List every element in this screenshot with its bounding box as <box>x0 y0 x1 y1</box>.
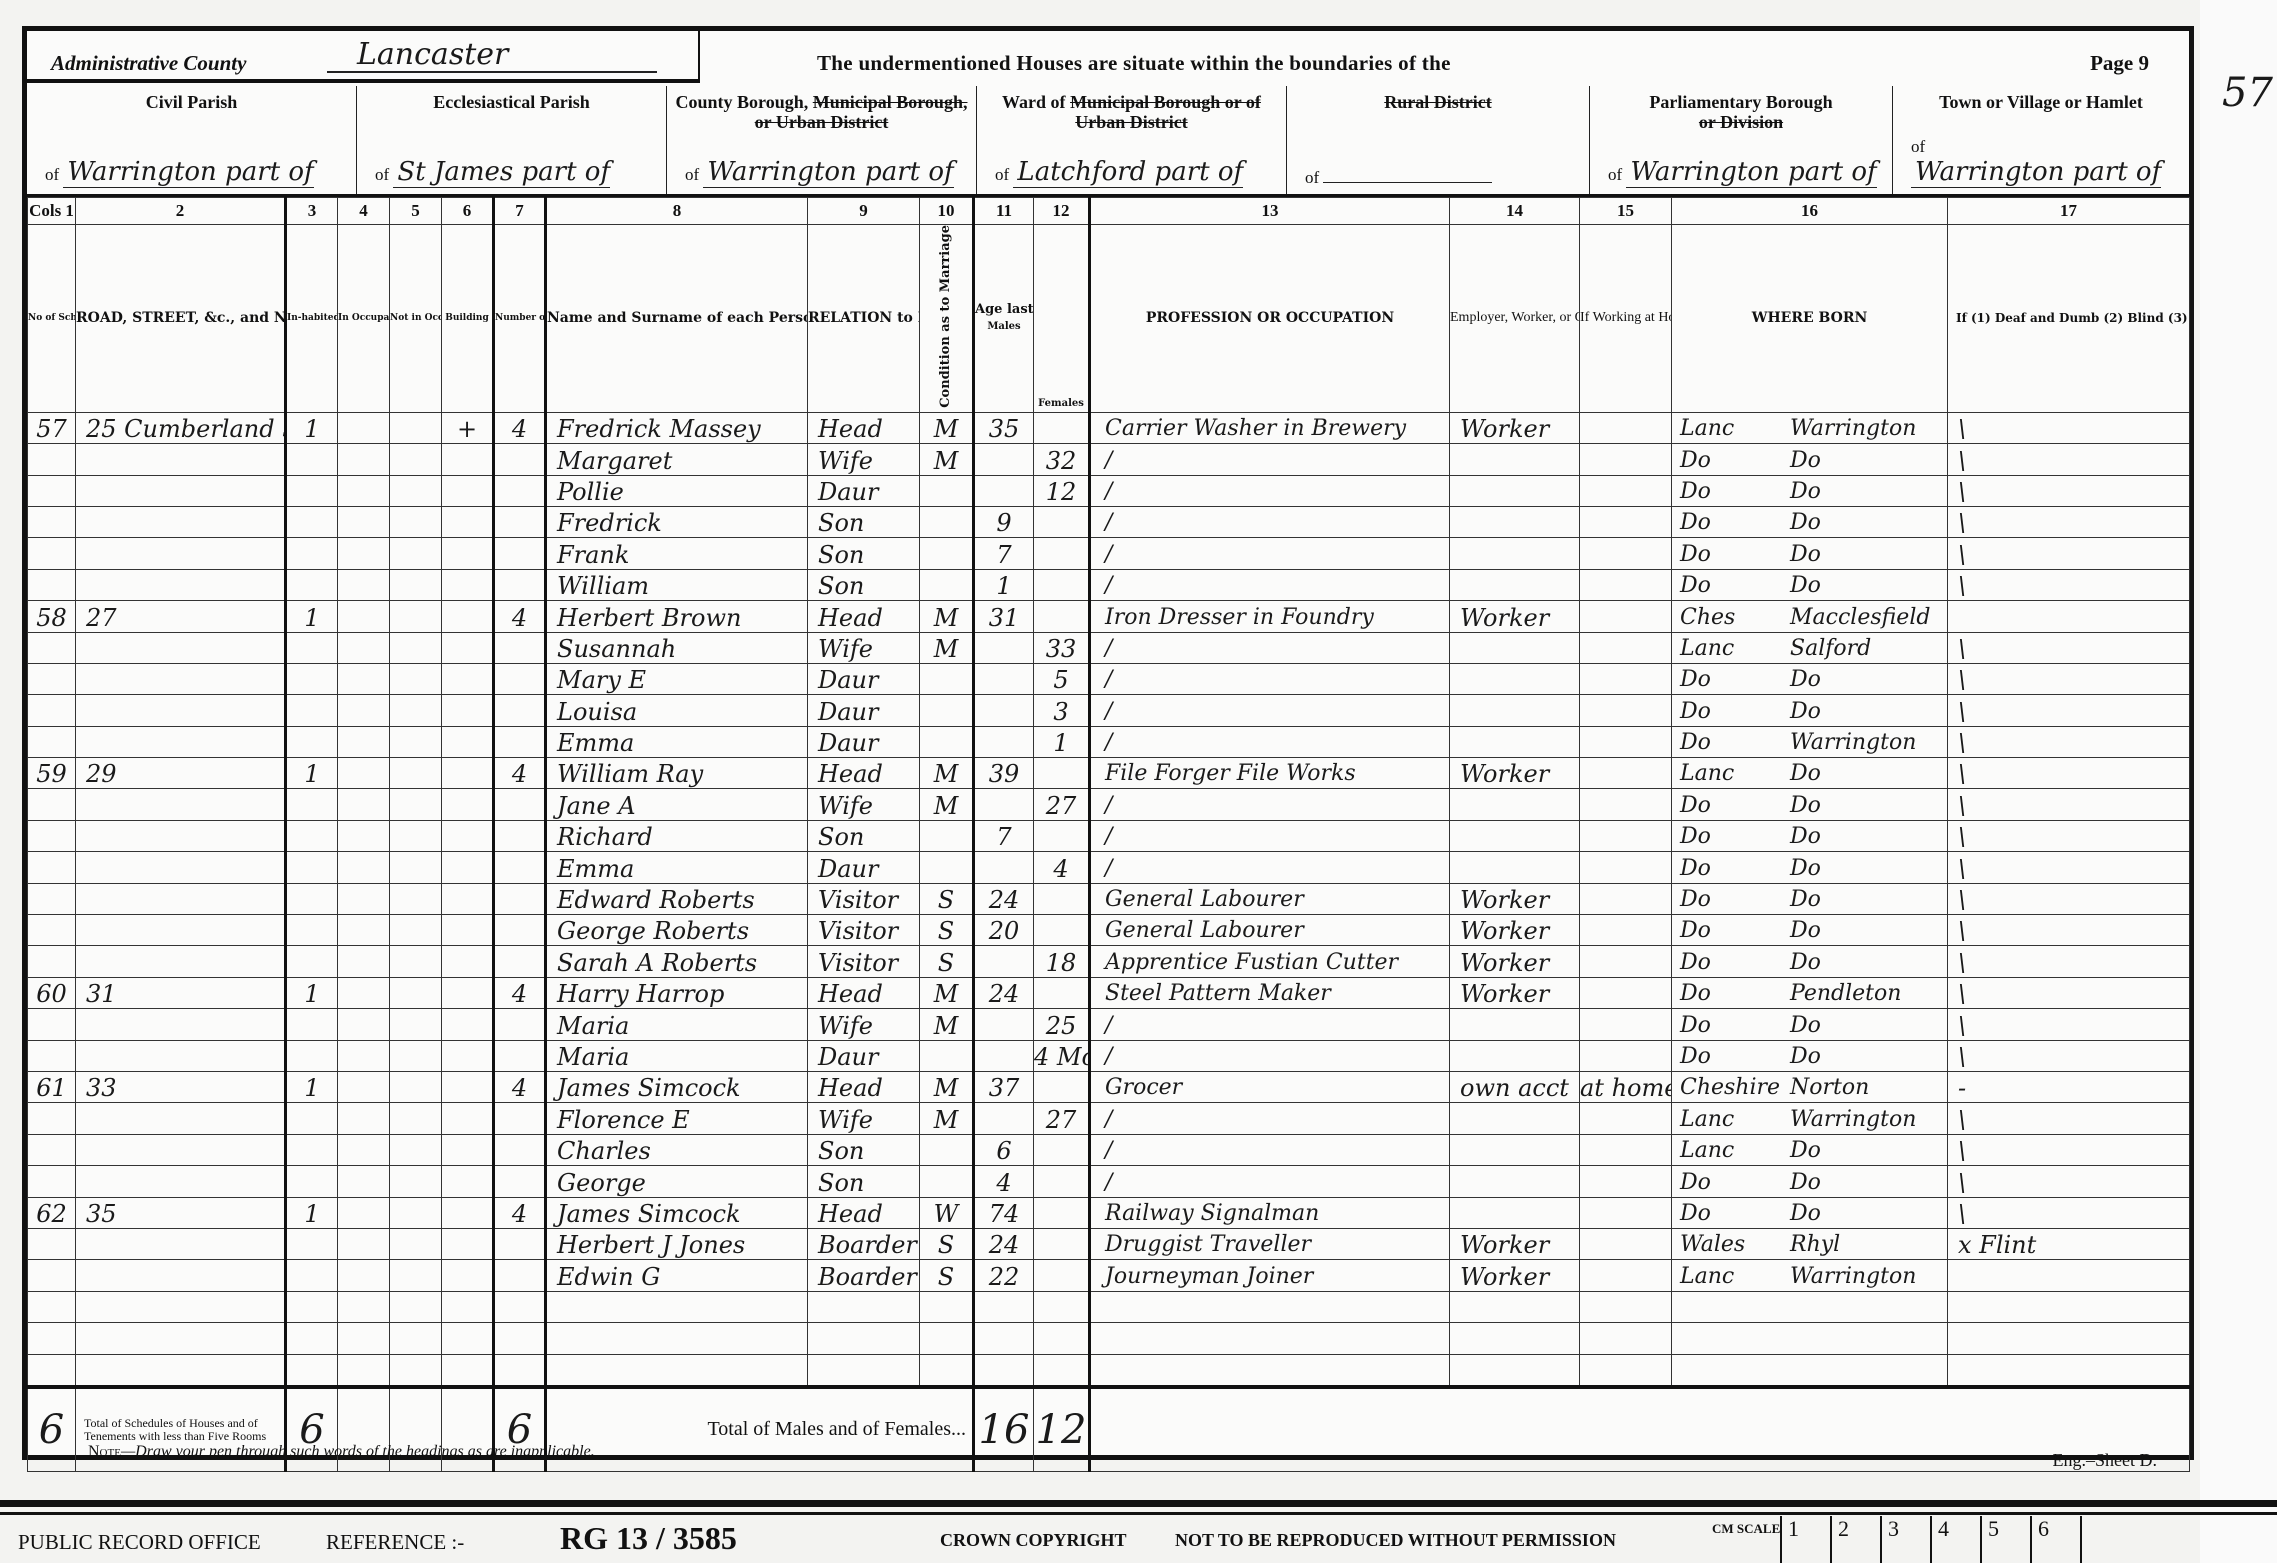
occupation <box>1090 1354 1450 1387</box>
female-age <box>1034 538 1090 569</box>
person-name: George <box>546 1166 808 1197</box>
birthplace: DoDo <box>1672 475 1948 506</box>
birth-county: Ches <box>1680 604 1790 632</box>
infirmity: \ <box>1948 915 2190 946</box>
schedule-number <box>28 695 76 726</box>
road-address <box>76 1134 286 1165</box>
birth-county: Do <box>1680 886 1790 914</box>
building-mark <box>442 601 494 632</box>
occupation: / <box>1090 726 1450 757</box>
building-mark <box>442 569 494 600</box>
birth-place: Do <box>1790 479 1821 504</box>
schedule-number <box>28 1228 76 1259</box>
working-at-home <box>1580 1260 1672 1291</box>
area-title-struck: or Division <box>1699 112 1783 132</box>
rooms-count <box>494 695 546 726</box>
birth-county: Do <box>1680 478 1790 506</box>
schedule-number <box>28 883 76 914</box>
building-mark <box>442 1260 494 1291</box>
road-address <box>76 695 286 726</box>
road-address <box>76 569 286 600</box>
occupation: / <box>1090 1040 1450 1071</box>
scale-mark: 5 <box>1980 1516 2030 1563</box>
building-mark <box>442 852 494 883</box>
col-num: 11 <box>974 198 1034 225</box>
birthplace: DoDo <box>1672 915 1948 946</box>
building-mark <box>442 915 494 946</box>
road-address <box>76 883 286 914</box>
working-at-home <box>1580 1040 1672 1071</box>
road-address <box>76 475 286 506</box>
cm-scale: 1 2 3 4 5 6 <box>1780 1516 2190 1563</box>
col-num: 8 <box>546 198 808 225</box>
birthplace: LancDo <box>1672 1134 1948 1165</box>
person-name: William Ray <box>546 758 808 789</box>
employment-status <box>1450 820 1580 851</box>
table-row: 623514James SimcockHeadW74Railway Signal… <box>28 1197 2190 1228</box>
building-mark <box>442 538 494 569</box>
male-age: 24 <box>974 977 1034 1008</box>
road-address: 31 <box>76 977 286 1008</box>
in-occupation <box>338 695 390 726</box>
birth-place: Do <box>1790 887 1821 912</box>
header-at-home: If Working at Home <box>1580 225 1672 413</box>
working-at-home <box>1580 1134 1672 1165</box>
rooms-count: 4 <box>494 601 546 632</box>
birthplace: DoDo <box>1672 1166 1948 1197</box>
birth-place: Salford <box>1790 636 1871 661</box>
not-in-occupation <box>390 1354 442 1387</box>
in-occupation <box>338 1103 390 1134</box>
header-schedule: No of Schedule <box>28 225 76 413</box>
birth-county: Do <box>1680 1043 1790 1071</box>
table-row: 5725 Cumberland St1+4Fredrick MasseyHead… <box>28 412 2190 443</box>
column-header-row: No of Schedule ROAD, STREET, &c., and No… <box>28 225 2190 413</box>
female-age: 33 <box>1034 632 1090 663</box>
relation-to-head: Head <box>808 1072 920 1103</box>
occupation: Apprentice Fustian Cutter <box>1090 946 1450 977</box>
of-label: of <box>45 165 59 184</box>
rooms-count <box>494 663 546 694</box>
infirmity <box>1948 1354 2190 1387</box>
birth-county: Do <box>1680 666 1790 694</box>
working-at-home <box>1580 820 1672 851</box>
female-age <box>1034 601 1090 632</box>
employment-status <box>1450 632 1580 663</box>
occupation: Druggist Traveller <box>1090 1228 1450 1259</box>
table-row: Florence EWifeM27/LancWarrington\ <box>28 1103 2190 1134</box>
birth-county: Do <box>1680 855 1790 883</box>
not-in-occupation <box>390 726 442 757</box>
birth-place: Do <box>1790 448 1821 473</box>
road-address <box>76 915 286 946</box>
relation-to-head: Wife <box>808 789 920 820</box>
town-value: Warrington part of <box>1911 157 2161 188</box>
in-occupation <box>338 506 390 537</box>
schedule-number <box>28 789 76 820</box>
rooms-count: 4 <box>494 1072 546 1103</box>
working-at-home <box>1580 663 1672 694</box>
inhabited-count <box>286 538 338 569</box>
person-name: Charles <box>546 1134 808 1165</box>
female-age <box>1034 915 1090 946</box>
of-label: of <box>1608 165 1622 184</box>
schedule-number <box>28 1291 76 1322</box>
employment-status: Worker <box>1450 915 1580 946</box>
not-in-occupation <box>390 758 442 789</box>
infirmity: \ <box>1948 946 2190 977</box>
male-age: 9 <box>974 506 1034 537</box>
birth-place: Rhyl <box>1790 1232 1840 1257</box>
birthplace: DoDo <box>1672 695 1948 726</box>
birth-place: Warrington <box>1790 416 1916 441</box>
table-row: 613314James SimcockHeadM37Grocerown acct… <box>28 1072 2190 1103</box>
birth-county: Do <box>1680 509 1790 537</box>
female-age <box>1034 1291 1090 1322</box>
male-age <box>974 1103 1034 1134</box>
infirmity: \ <box>1948 1166 2190 1197</box>
person-name: Frank <box>546 538 808 569</box>
reference-label: REFERENCE :- <box>326 1530 464 1555</box>
in-occupation <box>338 663 390 694</box>
occupation: Journeyman Joiner <box>1090 1260 1450 1291</box>
inhabited-count: 1 <box>286 1072 338 1103</box>
birthplace: LancSalford <box>1672 632 1948 663</box>
page-number: Page 9 <box>2090 51 2149 76</box>
building-mark <box>442 506 494 537</box>
relation-to-head: Head <box>808 412 920 443</box>
working-at-home <box>1580 695 1672 726</box>
header-in-occupation: In Occupation. <box>338 225 390 413</box>
infirmity: \ <box>1948 883 2190 914</box>
not-in-occupation <box>390 789 442 820</box>
schedule-number <box>28 538 76 569</box>
in-occupation <box>338 915 390 946</box>
parliamentary-borough-value: Warrington part of <box>1626 157 1876 188</box>
infirmity: \ <box>1948 977 2190 1008</box>
col-num: 10 <box>920 198 974 225</box>
birthplace: DoDo <box>1672 789 1948 820</box>
birth-place: Do <box>1790 1138 1821 1163</box>
relation-to-head: Boarder <box>808 1228 920 1259</box>
birthplace: LancWarrington <box>1672 1103 1948 1134</box>
schedule-number <box>28 444 76 475</box>
relation-to-head: Wife <box>808 444 920 475</box>
marital-condition: S <box>920 946 974 977</box>
building-mark <box>442 789 494 820</box>
person-name: Fredrick <box>546 506 808 537</box>
person-name: Herbert Brown <box>546 601 808 632</box>
rooms-count <box>494 883 546 914</box>
in-occupation <box>338 1072 390 1103</box>
birth-place: Do <box>1790 856 1821 881</box>
person-name: James Simcock <box>546 1197 808 1228</box>
birth-county: Do <box>1680 980 1790 1008</box>
of-label: of <box>375 165 389 184</box>
header-where-born: WHERE BORN <box>1672 225 1948 413</box>
male-age: 39 <box>974 758 1034 789</box>
female-age <box>1034 758 1090 789</box>
marital-condition: M <box>920 632 974 663</box>
person-name: Sarah A Roberts <box>546 946 808 977</box>
male-age <box>974 726 1034 757</box>
rooms-count <box>494 852 546 883</box>
inhabited-count <box>286 695 338 726</box>
relation-to-head: Daur <box>808 475 920 506</box>
working-at-home <box>1580 758 1672 789</box>
table-row: RichardSon7/DoDo\ <box>28 820 2190 851</box>
person-name: Richard <box>546 820 808 851</box>
building-mark <box>442 1009 494 1040</box>
female-age <box>1034 883 1090 914</box>
relation-to-head: Son <box>808 820 920 851</box>
male-age: 20 <box>974 915 1034 946</box>
female-age <box>1034 1072 1090 1103</box>
occupation: / <box>1090 632 1450 663</box>
scale-mark: 2 <box>1830 1516 1880 1563</box>
infirmity <box>1948 601 2190 632</box>
employment-status <box>1450 852 1580 883</box>
table-row <box>28 1354 2190 1387</box>
header-females: Females <box>1034 225 1090 413</box>
birthplace <box>1672 1291 1948 1322</box>
male-age <box>974 663 1034 694</box>
header-inhabited: In-habited <box>286 225 338 413</box>
birth-place: Do <box>1790 1201 1821 1226</box>
working-at-home <box>1580 1009 1672 1040</box>
table-row: MariaWifeM25/DoDo\ <box>28 1009 2190 1040</box>
male-age <box>974 695 1034 726</box>
building-mark <box>442 1197 494 1228</box>
infirmity: \ <box>1948 444 2190 475</box>
employment-status <box>1450 1166 1580 1197</box>
inhabited-count <box>286 1103 338 1134</box>
not-in-occupation <box>390 883 442 914</box>
civil-parish-value: Warrington part of <box>63 157 313 188</box>
marital-condition <box>920 475 974 506</box>
in-occupation <box>338 632 390 663</box>
birth-place: Do <box>1790 573 1821 598</box>
female-age <box>1034 1260 1090 1291</box>
working-at-home <box>1580 444 1672 475</box>
birthplace: DoDo <box>1672 883 1948 914</box>
of-label: of <box>1305 168 1319 187</box>
infirmity: \ <box>1948 475 2190 506</box>
marital-condition: S <box>920 1260 974 1291</box>
in-occupation <box>338 789 390 820</box>
cm-scale-label: CM SCALE <box>1712 1522 1780 1536</box>
birth-county: Lanc <box>1680 415 1790 443</box>
working-at-home <box>1580 1228 1672 1259</box>
not-in-occupation <box>390 1072 442 1103</box>
female-age <box>1034 412 1090 443</box>
not-in-occupation <box>390 1040 442 1071</box>
working-at-home <box>1580 852 1672 883</box>
person-name: Mary E <box>546 663 808 694</box>
employment-status <box>1450 726 1580 757</box>
schedule-number <box>28 946 76 977</box>
relation-to-head: Head <box>808 601 920 632</box>
infirmity: \ <box>1948 789 2190 820</box>
inhabited-count: 1 <box>286 977 338 1008</box>
male-age: 31 <box>974 601 1034 632</box>
marital-condition <box>920 506 974 537</box>
occupation: / <box>1090 538 1450 569</box>
birthplace: DoDo <box>1672 569 1948 600</box>
schedule-number <box>28 1354 76 1387</box>
infirmity <box>1948 1323 2190 1354</box>
birth-place: Warrington <box>1790 1264 1916 1289</box>
person-name: Edward Roberts <box>546 883 808 914</box>
building-mark <box>442 883 494 914</box>
rooms-count <box>494 538 546 569</box>
marital-condition: W <box>920 1197 974 1228</box>
sheet-label: Eng.–Sheet D. <box>2053 1450 2157 1471</box>
table-row: MariaDaur4 Mo/DoDo\ <box>28 1040 2190 1071</box>
building-mark <box>442 726 494 757</box>
occupation: / <box>1090 695 1450 726</box>
table-row: EmmaDaur4/DoDo\ <box>28 852 2190 883</box>
marital-condition: M <box>920 977 974 1008</box>
not-in-occupation <box>390 663 442 694</box>
relation-to-head: Daur <box>808 726 920 757</box>
working-at-home <box>1580 915 1672 946</box>
birthplace: DoDo <box>1672 538 1948 569</box>
marital-condition: M <box>920 1103 974 1134</box>
not-in-occupation <box>390 820 442 851</box>
relation-to-head: Daur <box>808 852 920 883</box>
marital-condition <box>920 663 974 694</box>
marital-condition <box>920 569 974 600</box>
working-at-home <box>1580 726 1672 757</box>
header-occupation: PROFESSION OR OCCUPATION <box>1090 225 1450 413</box>
male-age: 4 <box>974 1166 1034 1197</box>
birth-place: Warrington <box>1790 730 1916 755</box>
male-age: 74 <box>974 1197 1034 1228</box>
table-row: CharlesSon6/LancDo\ <box>28 1134 2190 1165</box>
relation-to-head: Head <box>808 1197 920 1228</box>
occupation: / <box>1090 1166 1450 1197</box>
birth-place: Do <box>1790 1044 1821 1069</box>
male-age: 37 <box>974 1072 1034 1103</box>
occupation: / <box>1090 852 1450 883</box>
area-title: Parliamentary Borough <box>1649 92 1832 112</box>
female-age <box>1034 1134 1090 1165</box>
infirmity <box>1948 1291 2190 1322</box>
working-at-home <box>1580 601 1672 632</box>
building-mark <box>442 695 494 726</box>
road-address: 33 <box>76 1072 286 1103</box>
male-age: 6 <box>974 1134 1034 1165</box>
female-age: 25 <box>1034 1009 1090 1040</box>
males-females-label: Total of Males and of Females... <box>546 1387 974 1472</box>
header-employer: Employer, Worker, or Own account <box>1450 225 1580 413</box>
marital-condition <box>920 1291 974 1322</box>
relation-to-head: Son <box>808 506 920 537</box>
birth-county: Do <box>1680 541 1790 569</box>
schedule-number <box>28 1260 76 1291</box>
rooms-count <box>494 1166 546 1197</box>
inhabited-count <box>286 915 338 946</box>
not-in-occupation <box>390 538 442 569</box>
inhabited-count <box>286 820 338 851</box>
employment-status <box>1450 1291 1580 1322</box>
male-age <box>974 444 1034 475</box>
marital-condition: S <box>920 915 974 946</box>
employment-status <box>1450 1040 1580 1071</box>
birthplace: ChesMacclesfield <box>1672 601 1948 632</box>
area-title: Ecclesiastical Parish <box>433 92 589 112</box>
road-address <box>76 506 286 537</box>
census-table: Cols 1 2 3 4 5 6 7 8 9 10 11 12 13 14 15… <box>27 197 2190 1472</box>
table-row: EmmaDaur1/DoWarrington\ <box>28 726 2190 757</box>
area-title-struck: Rural District <box>1384 92 1491 112</box>
schedule-number <box>28 1009 76 1040</box>
birth-place: Do <box>1790 542 1821 567</box>
infirmity: \ <box>1948 1134 2190 1165</box>
rooms-count <box>494 946 546 977</box>
county-borough-value: Warrington part of <box>703 157 953 188</box>
area-title: Civil Parish <box>146 92 238 112</box>
table-row: MargaretWifeM32/DoDo\ <box>28 444 2190 475</box>
working-at-home <box>1580 977 1672 1008</box>
birthplace: WalesRhyl <box>1672 1228 1948 1259</box>
inhabited-count: 1 <box>286 758 338 789</box>
male-age: 22 <box>974 1260 1034 1291</box>
marital-condition <box>920 726 974 757</box>
male-age <box>974 475 1034 506</box>
employment-status: Worker <box>1450 1228 1580 1259</box>
rooms-count: 4 <box>494 977 546 1008</box>
birth-county: Do <box>1680 792 1790 820</box>
male-age: 7 <box>974 820 1034 851</box>
person-name: Maria <box>546 1040 808 1071</box>
female-age: 12 <box>1034 475 1090 506</box>
schedule-number <box>28 663 76 694</box>
person-name: William <box>546 569 808 600</box>
infirmity: \ <box>1948 852 2190 883</box>
occupation: / <box>1090 1134 1450 1165</box>
building-mark <box>442 1103 494 1134</box>
occupation: / <box>1090 475 1450 506</box>
in-occupation <box>338 852 390 883</box>
working-at-home <box>1580 412 1672 443</box>
road-address <box>76 1260 286 1291</box>
female-age <box>1034 1166 1090 1197</box>
marital-condition <box>920 1040 974 1071</box>
schedule-number <box>28 820 76 851</box>
inhabited-count <box>286 1166 338 1197</box>
rooms-count <box>494 1228 546 1259</box>
col-num: 9 <box>808 198 920 225</box>
schedule-number: 57 <box>28 412 76 443</box>
birth-county: Do <box>1680 823 1790 851</box>
person-name: Herbert J Jones <box>546 1228 808 1259</box>
person-name: Florence E <box>546 1103 808 1134</box>
not-in-occupation <box>390 1260 442 1291</box>
inhabited-count <box>286 569 338 600</box>
male-age <box>974 1009 1034 1040</box>
male-age: 24 <box>974 1228 1034 1259</box>
rooms-count <box>494 1323 546 1354</box>
table-row: Edward RobertsVisitorS24General Labourer… <box>28 883 2190 914</box>
employment-status <box>1450 695 1580 726</box>
schedule-number <box>28 915 76 946</box>
female-age <box>1034 569 1090 600</box>
relation-to-head: Wife <box>808 1103 920 1134</box>
rooms-count <box>494 475 546 506</box>
employment-status <box>1450 789 1580 820</box>
